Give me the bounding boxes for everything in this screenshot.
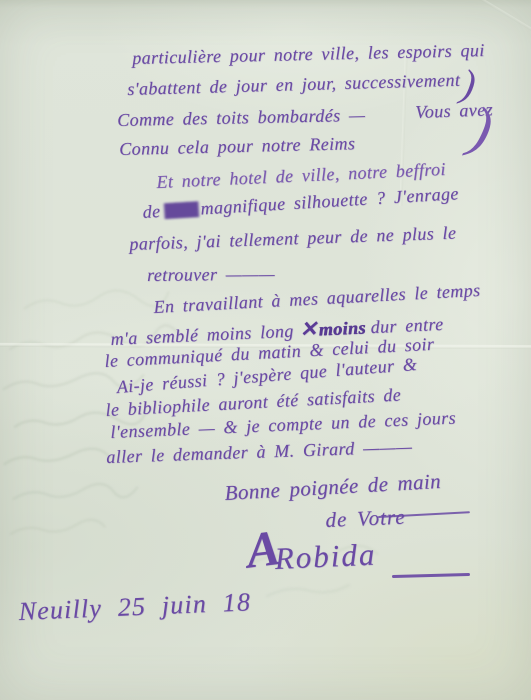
letter-line: parfois, j'ai tellement peur de ne plus … [129,223,457,255]
scribbled-out-word: ███ [164,202,197,219]
letter-line: s'abattent de jour en jour, successiveme… [127,70,461,100]
letter-line: particulière pour notre ville, les espoi… [132,40,485,69]
signature-flourish-line [392,573,470,578]
overwritten-word: moins [318,317,366,339]
letter-line: Comme des toits bombardés — [117,105,366,131]
closing-line: Bonne poignée de main [224,469,442,506]
letter-page: particulière pour notre ville, les espoi… [0,0,531,700]
letter-line-fragment: de [142,201,161,222]
closing-line: de Votre [325,505,406,533]
letter-line: Connu cela pour notre Reims [119,133,356,160]
letter-line: retrouver ——— [147,264,275,286]
dateline: Neuilly 25 juin 18 [18,587,252,627]
strikeout-mark: ✕ [299,317,318,342]
signature-name: Robida [274,537,377,577]
